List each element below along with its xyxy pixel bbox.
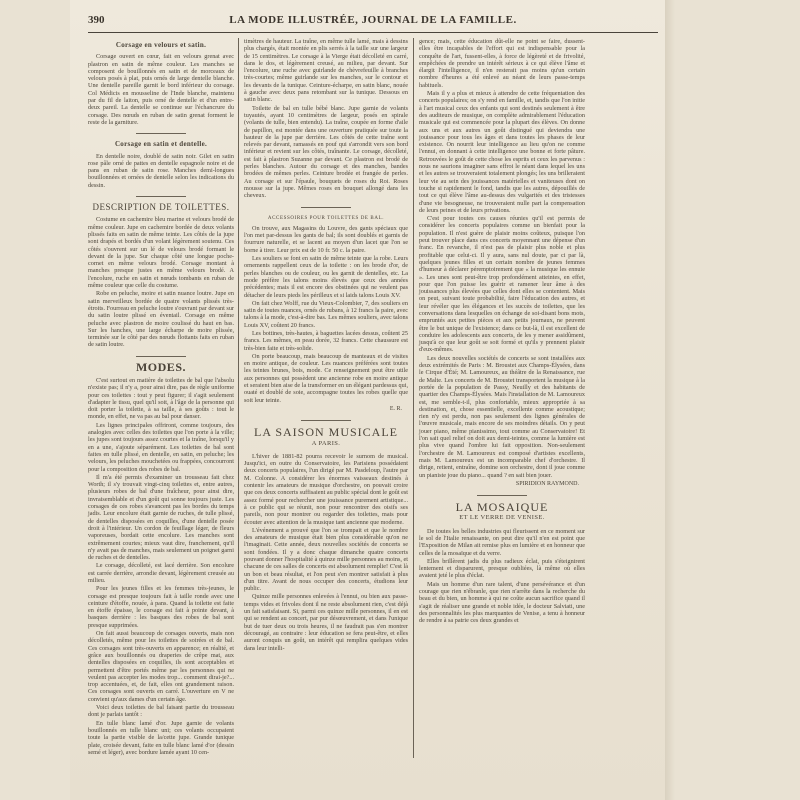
running-title: LA MODE ILLUSTRÉE, JOURNAL DE LA FAMILLE… (88, 14, 658, 26)
section-divider (301, 420, 351, 421)
subsection-title-accessoires: ACCESSOIRES POUR TOILETTES DE BAL. (244, 215, 408, 222)
paragraph: De toutes les belles industries qui fleu… (419, 528, 585, 557)
paragraph: Toilette de bal en tulle bébé blanc. Jup… (244, 105, 408, 200)
paragraph: On porte beaucoup, mais beaucoup de mant… (244, 353, 408, 404)
paragraph: On fait chez Wolff, rue du Vieux-Colombi… (244, 300, 408, 329)
section-divider (136, 356, 186, 357)
article-subtitle: A PARIS. (244, 440, 408, 447)
column-divider-2 (413, 38, 414, 758)
paragraph: Les souliers se font en satin de même te… (244, 255, 408, 299)
paragraph: En dentelle noire, doublé de satin noir.… (88, 153, 234, 189)
column-2-body: timètres de hauteur. La traîne, en même … (244, 38, 408, 653)
paragraph: On fait aussi beaucoup de corsages ouver… (88, 630, 234, 703)
paragraph: Voici deux toilettes de bal faisant part… (88, 704, 234, 719)
paragraph: C'est pour toutes ces causes réunies qu'… (419, 215, 585, 354)
paragraph: Les bottines, très-hautes, à baguettes l… (244, 330, 408, 352)
section-title-corsage-satin: Corsage en satin et dentelle. (88, 141, 234, 148)
paragraph: Quinze mille personnes enlevées à l'ennu… (244, 593, 408, 651)
section-divider (477, 495, 527, 496)
paragraph: Corsage ouvert en cœur, fait en velours … (88, 53, 234, 126)
paragraph: gence; mais, cette éducation dût-elle ne… (419, 38, 585, 89)
section-title-modes: MODES. (88, 364, 234, 371)
section-title-description: DESCRIPTION DE TOILETTES. (88, 204, 234, 211)
paragraph: Robe en peluche, moire et satin nuance l… (88, 290, 234, 348)
paragraph: Mais un homme d'un rare talent, d'une pe… (419, 581, 585, 625)
article-subtitle: ET LE VERRE DE VENISE. (419, 514, 585, 521)
section-title-corsage-velours: Corsage en velours et satin. (88, 42, 234, 49)
paragraph: En tulle blanc lamé d'or. Jupe garnie de… (88, 720, 234, 756)
article-title-mosaique: LA MOSAIQUE (419, 504, 585, 511)
paragraph: Elles brillèrent jadis du plus radieux é… (419, 558, 585, 580)
paragraph: Les lignes principales offriront, comme … (88, 422, 234, 473)
paragraph: L'événement a prouvé que l'on se trompai… (244, 527, 408, 593)
header-rule (88, 32, 658, 33)
paragraph: Il m'a été permis d'examiner un troussea… (88, 474, 234, 562)
column-1-body: Corsage en velours et satin. Corsage ouv… (88, 38, 234, 757)
page-header: 390 LA MODE ILLUSTRÉE, JOURNAL DE LA FAM… (88, 14, 658, 28)
paragraph: timètres de hauteur. La traîne, en même … (244, 38, 408, 104)
section-divider (301, 207, 351, 208)
page-edge-shadow (665, 0, 675, 800)
paragraph: Les deux nouvelles sociétés de concerts … (419, 355, 585, 479)
paragraph: L'hiver de 1881-82 pourra recevoir le su… (244, 453, 408, 526)
author-signature: SPIRIDION RAYMOND. (419, 481, 579, 488)
paragraph: Mais il y a plus et mieux à attendre de … (419, 90, 585, 214)
paragraph: Pour les jeunes filles et les femmes trè… (88, 585, 234, 629)
author-signature: E. R. (244, 406, 402, 413)
article-title-saison-musicale: LA SAISON MUSICALE (244, 429, 408, 436)
paragraph: Le corsage, décolleté, est lacé derrière… (88, 562, 234, 584)
column-3-body: gence; mais, cette éducation dût-elle ne… (419, 38, 585, 626)
paragraph: Costume en cachemire bleu marine et velo… (88, 216, 234, 289)
section-divider (136, 133, 186, 134)
section-divider (136, 196, 186, 197)
paragraph: C'est surtout en matière de toilettes de… (88, 377, 234, 421)
column-divider-1 (238, 38, 239, 598)
paragraph: On trouve, aux Magasins du Louvre, des g… (244, 225, 408, 254)
